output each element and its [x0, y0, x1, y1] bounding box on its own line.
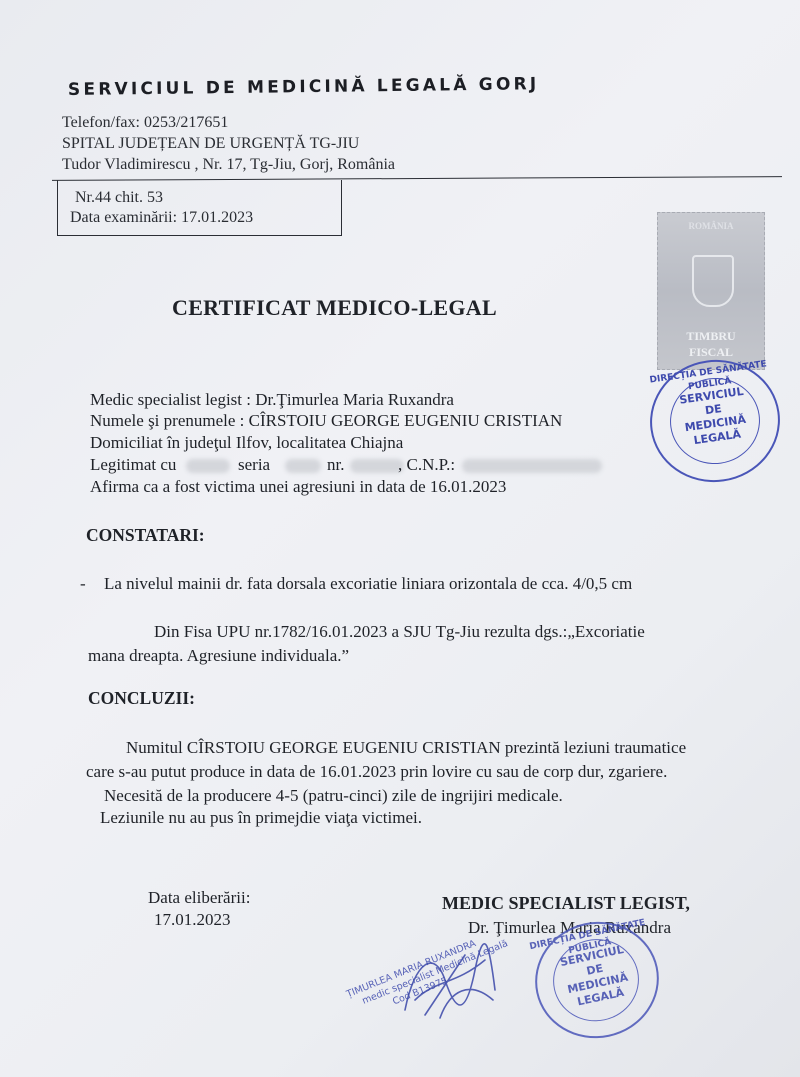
conclusion-line-2: care s-au putut produce in data de 16.01…	[86, 762, 667, 782]
issue-date-label: Data eliberării:	[148, 888, 250, 908]
coat-of-arms-icon	[692, 255, 734, 307]
hospital-line: SPITAL JUDEȚEAN DE URGENȚĂ TG-JIU	[62, 135, 359, 153]
id-nr-label: nr.	[327, 455, 344, 475]
redacted-id-number	[350, 459, 404, 473]
fiscal-stamp-label-1: TIMBRU	[658, 329, 764, 344]
conclusion-line-1: Numitul CÎRSTOIU GEORGE EUGENIU CRISTIAN…	[126, 738, 686, 758]
upu-line-1: Din Fisa UPU nr.1782/16.01.2023 a SJU Tg…	[154, 622, 645, 642]
statement-line: Afirma ca a fost victima unei agresiuni …	[90, 477, 506, 497]
id-cnp-label: , C.N.P.:	[398, 455, 455, 475]
findings-bullet: -	[80, 574, 86, 594]
organization-title: SERVICIUL DE MEDICINĂ LEGALĂ GORJ	[68, 74, 540, 100]
registration-number: Nr.44 chit. 53	[75, 189, 163, 207]
upu-line-2: mana dreapta. Agresiune individuala.”	[88, 646, 349, 666]
exam-date: Data examinării: 17.01.2023	[70, 209, 253, 227]
id-prefix: Legitimat cu	[90, 455, 176, 475]
specialist-line: Medic specialist legist : Dr.Ţimurlea Ma…	[90, 390, 454, 410]
fiscal-stamp-country: ROMÂNIA	[658, 221, 764, 231]
certificate-title: CERTIFICAT MEDICO-LEGAL	[172, 295, 497, 321]
certificate-page: SERVICIUL DE MEDICINĂ LEGALĂ GORJ Telefo…	[0, 0, 800, 1077]
redacted-id-type	[186, 459, 230, 473]
conclusions-heading: CONCLUZII:	[88, 688, 195, 709]
findings-item: La nivelul mainii dr. fata dorsala excor…	[104, 574, 632, 594]
round-stamp-top: DIRECȚIA DE SĂNĂTATE PUBLICĂ SERVICIUL D…	[642, 352, 788, 491]
signer-title: MEDIC SPECIALIST LEGIST,	[442, 893, 690, 914]
redacted-cnp	[462, 459, 602, 473]
phone-line: Telefon/fax: 0253/217651	[62, 114, 228, 132]
address-line: Tudor Vladimirescu , Nr. 17, Tg-Jiu, Gor…	[62, 156, 395, 174]
domicile-line: Domiciliat în judeţul Ilfov, localitatea…	[90, 433, 403, 453]
fiscal-stamp: ROMÂNIA TIMBRU FISCAL	[657, 212, 765, 370]
conclusion-line-4: Leziunile nu au pus în primejdie viaţa v…	[100, 808, 422, 828]
patient-name-line: Numele şi prenumele : CÎRSTOIU GEORGE EU…	[90, 411, 562, 431]
fiscal-stamp-label-2: FISCAL	[658, 345, 764, 360]
issue-date-value: 17.01.2023	[154, 910, 231, 930]
redacted-id-seria	[285, 459, 321, 473]
id-seria-label: seria	[238, 455, 270, 475]
findings-heading: CONSTATARI:	[86, 525, 205, 546]
signature-icon	[395, 940, 505, 1030]
conclusion-line-3: Necesită de la producere 4-5 (patru-cinc…	[104, 786, 563, 806]
